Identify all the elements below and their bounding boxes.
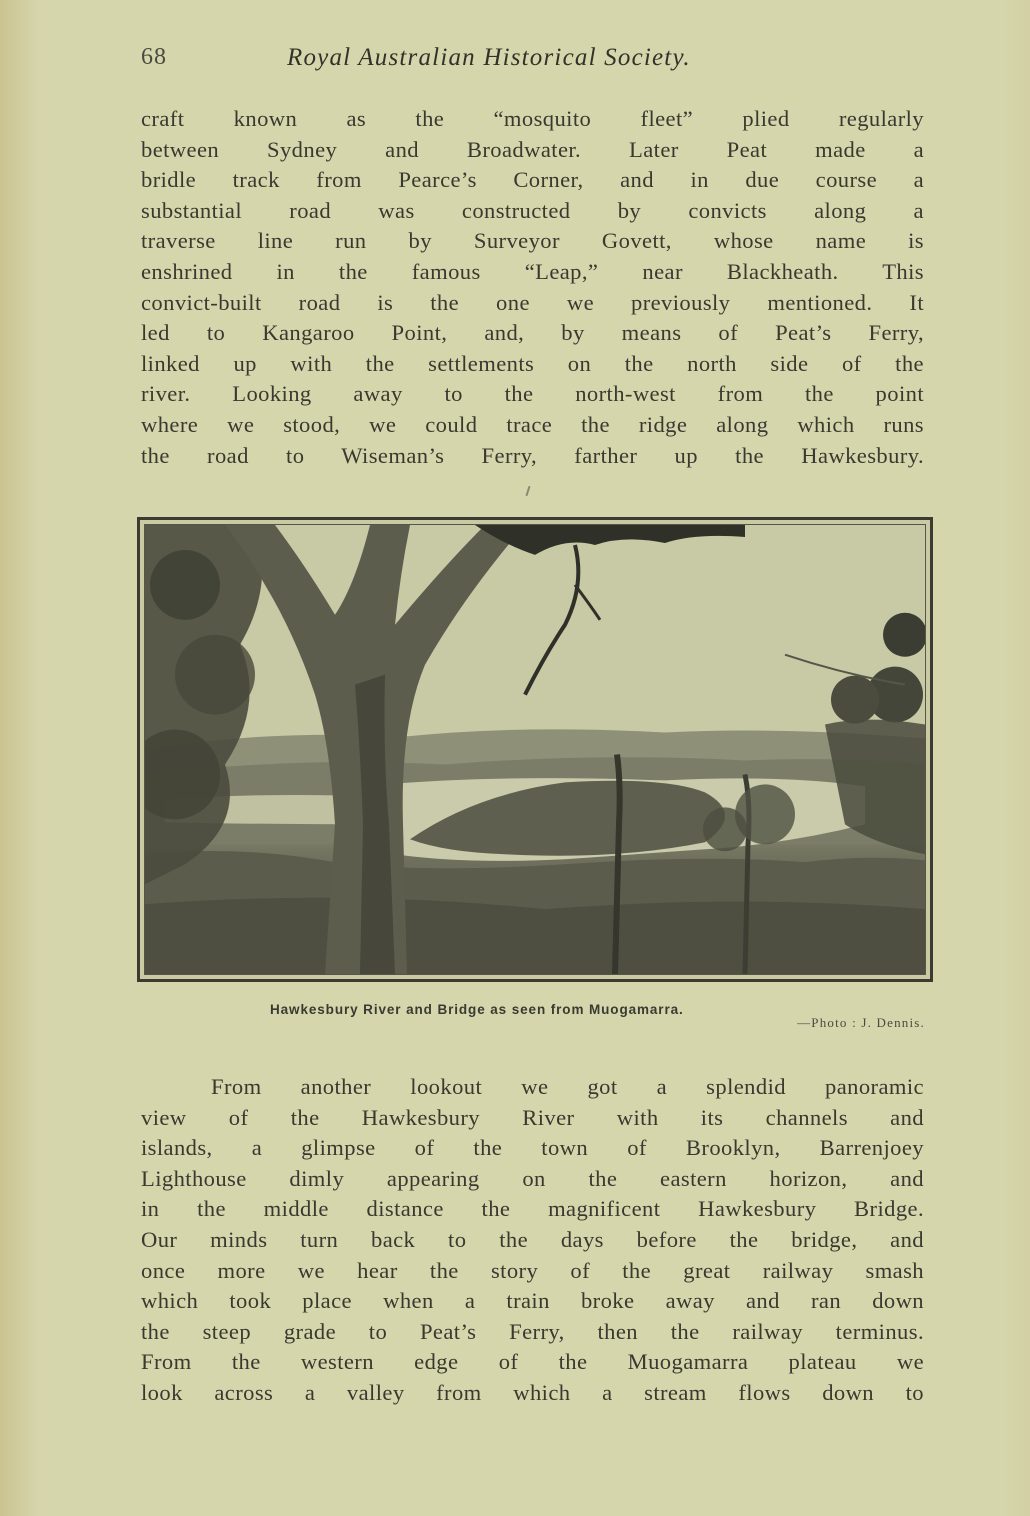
photo-credit: —Photo : J. Dennis.	[270, 1015, 930, 1031]
text-line: From the western edge of the Muogamarra …	[141, 1347, 924, 1378]
running-head: 68 Royal Australian Historical Society.	[141, 44, 781, 84]
text-line: islands, a glimpse of the town of Brookl…	[141, 1133, 924, 1164]
text-line: the steep grade to Peat’s Ferry, then th…	[141, 1317, 924, 1348]
text-line: which took place when a train broke away…	[141, 1286, 924, 1317]
photo-hawkesbury-river	[144, 524, 926, 975]
text-line: linked up with the settlements on the no…	[141, 349, 924, 380]
text-line: look across a valley from which a stream…	[141, 1378, 924, 1409]
text-line: craft known as the “mosquito fleet” plie…	[141, 104, 924, 135]
text-line: enshrined in the famous “Leap,” near Bla…	[141, 257, 924, 288]
paragraph-1: craft known as the “mosquito fleet” plie…	[141, 104, 924, 471]
text-line: river. Looking away to the north-west fr…	[141, 379, 924, 410]
text-line: convict-built road is the one we previou…	[141, 288, 924, 319]
stray-print-mark	[526, 486, 531, 496]
text-line: between Sydney and Broadwater. Later Pea…	[141, 135, 924, 166]
photo-illustration	[145, 525, 925, 974]
book-page: 68 Royal Australian Historical Society. …	[0, 0, 1030, 1516]
text-line: substantial road was constructed by conv…	[141, 196, 924, 227]
text-line: once more we hear the story of the great…	[141, 1256, 924, 1287]
journal-title: Royal Australian Historical Society.	[287, 44, 691, 72]
photo-figure	[137, 517, 933, 982]
text-line: Our minds turn back to the days before t…	[141, 1225, 924, 1256]
text-line: the road to Wiseman’s Ferry, farther up …	[141, 441, 924, 472]
text-line: in the middle distance the magnificent H…	[141, 1194, 924, 1225]
text-line: view of the Hawkesbury River with its ch…	[141, 1103, 924, 1134]
text-line: bridle track from Pearce’s Corner, and i…	[141, 165, 924, 196]
text-line: Lighthouse dimly appearing on the easter…	[141, 1164, 924, 1195]
text-line: led to Kangaroo Point, and, by means of …	[141, 318, 924, 349]
text-line: traverse line run by Surveyor Govett, wh…	[141, 226, 924, 257]
paragraph-2: From another lookout we got a splendid p…	[141, 1072, 924, 1409]
figure-caption: Hawkesbury River and Bridge as seen from…	[270, 1002, 930, 1031]
text-line: From another lookout we got a splendid p…	[141, 1072, 924, 1103]
text-line: where we stood, we could trace the ridge…	[141, 410, 924, 441]
page-number: 68	[141, 44, 167, 71]
